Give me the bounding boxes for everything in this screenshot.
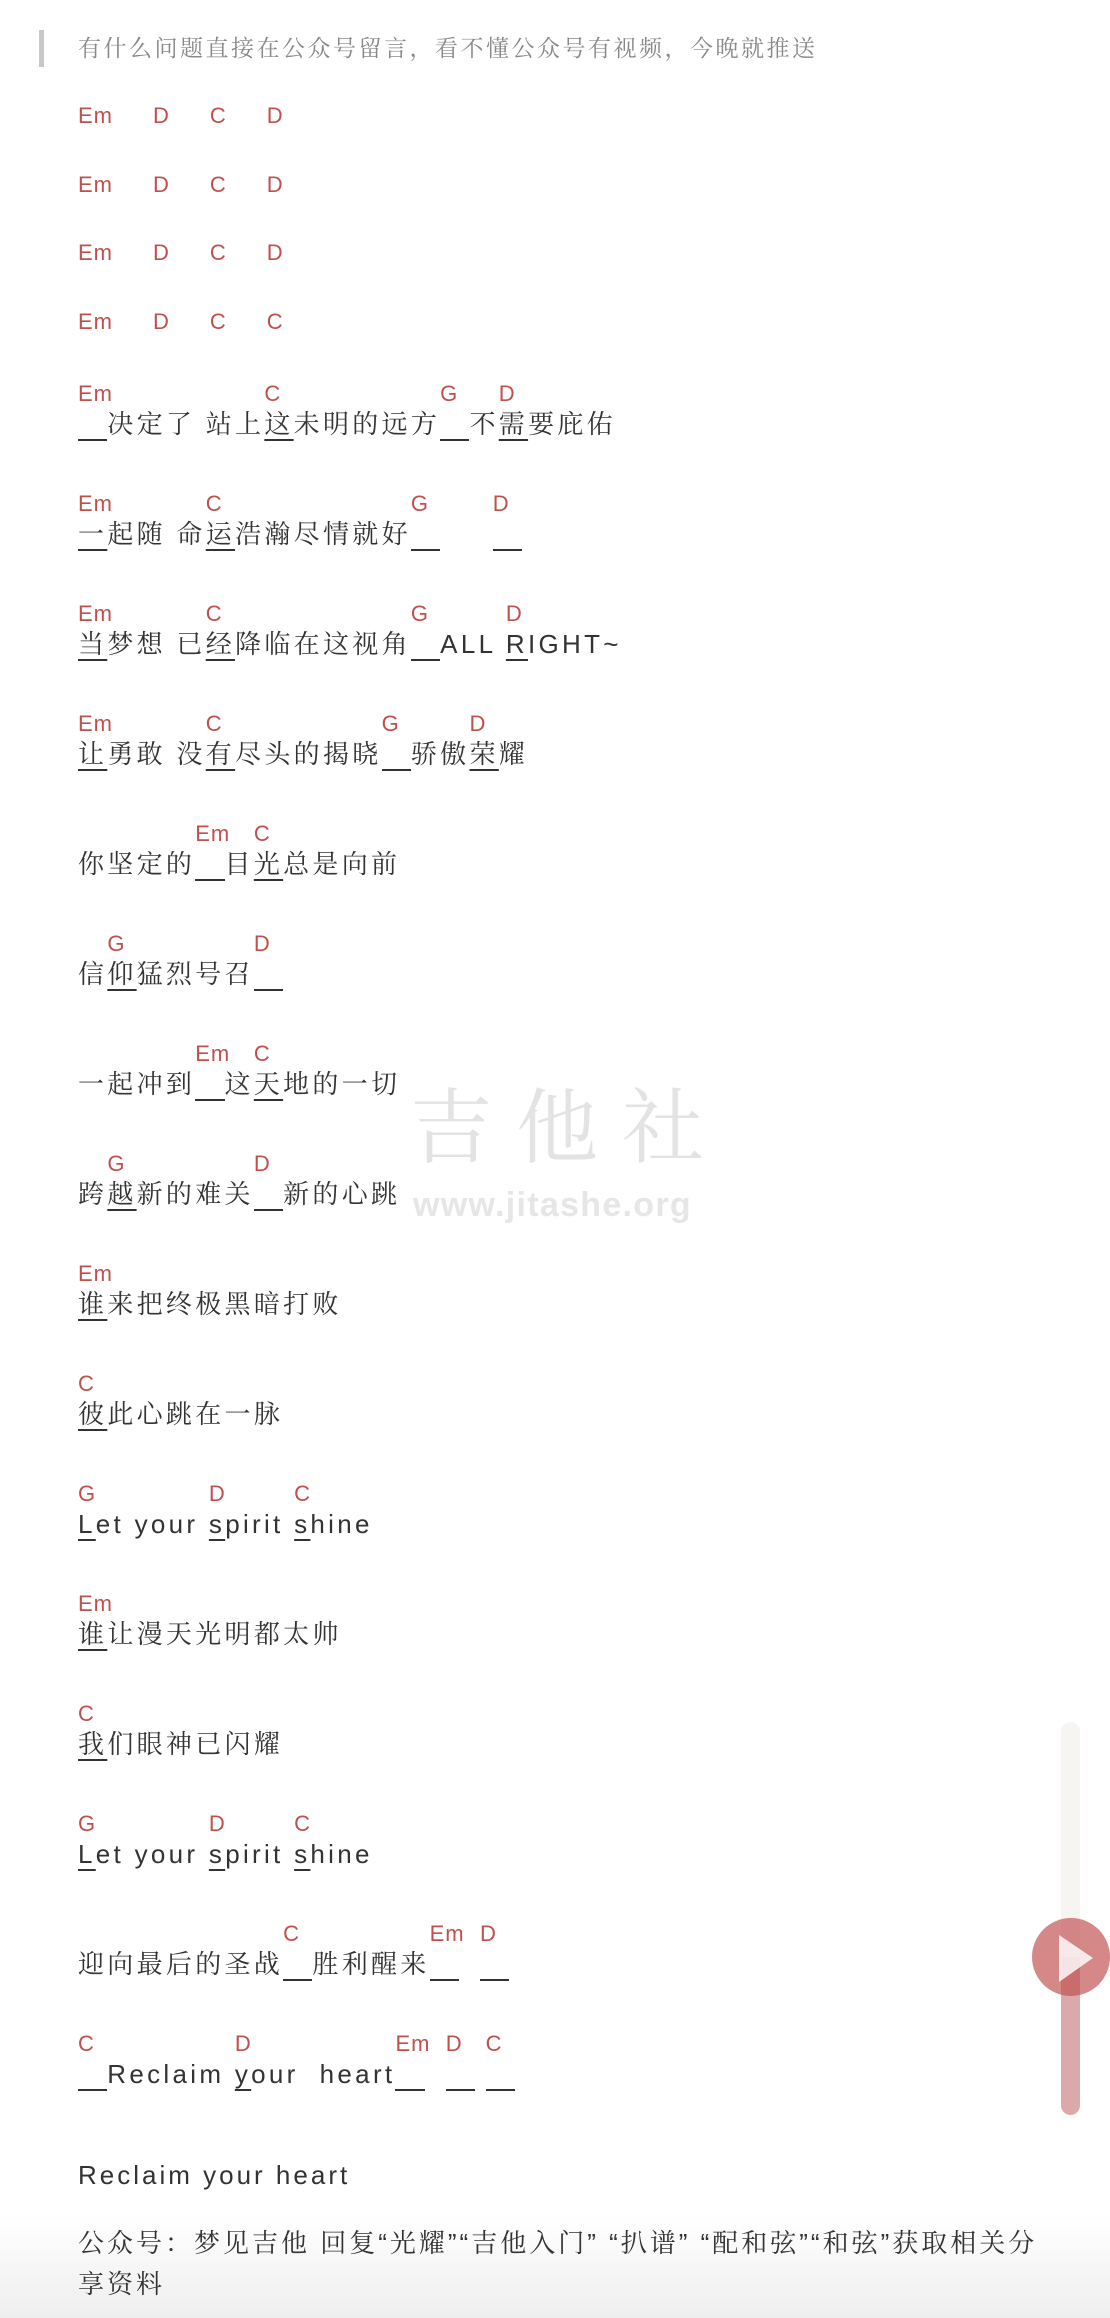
blank-placeholder: [430, 1961, 459, 1981]
chord-label: D: [254, 1149, 271, 1179]
lyric-text: 天: [254, 1069, 283, 1099]
lyric-line: Em谁来把终极黑暗打败: [78, 1259, 1110, 1319]
chord-label: D: [209, 1479, 226, 1509]
lyric-text: R: [506, 629, 528, 659]
lyric-text: 荣: [469, 739, 498, 769]
lyric-line: Em 决定了 站上C这未明的远方G 不D需要庇佑: [78, 379, 1110, 439]
watermark-site: www.jitashe.org: [413, 1183, 692, 1227]
chord-label: Em: [78, 379, 113, 409]
chord-label: C: [254, 1039, 271, 1069]
lyric-line: GLet your Dspirit Cshine: [78, 1809, 1110, 1869]
lyric-line: 迎向最后的圣战C 胜利醒来Em D: [78, 1919, 1110, 1979]
lyric-text: 有: [206, 739, 235, 769]
chord-segment: G: [382, 739, 411, 769]
chord-label: D: [506, 599, 523, 629]
lyric-text: 运: [206, 519, 235, 549]
lyric-segment: 不: [469, 409, 498, 439]
chord-label: D: [267, 170, 284, 200]
chord-segment: D需: [499, 409, 528, 439]
lyric-text: s: [209, 1509, 225, 1539]
lyric-segment: 起随 命: [107, 519, 205, 549]
lyric-text: s: [209, 1839, 225, 1869]
blank-placeholder: [395, 2071, 424, 2091]
lyric-segment: Reclaim: [107, 2059, 235, 2089]
lyric-text: 让: [78, 739, 107, 769]
chord-segment: Em: [195, 849, 224, 879]
chord-segment: C有: [206, 739, 235, 769]
lyric-segment: 来把终极黑暗打败: [107, 1289, 341, 1319]
lyric-text: ALL: [440, 629, 506, 659]
chord-label: C: [210, 307, 227, 337]
lyric-text: Reclaim: [107, 2059, 235, 2089]
lyric-text: 谁: [78, 1619, 107, 1649]
chord-label: C: [486, 2029, 503, 2059]
lyric-text: 决定了 站上: [107, 409, 264, 439]
chord-label: D: [254, 929, 271, 959]
lyric-text: 耀: [499, 739, 528, 769]
chord-label: Em: [395, 2029, 430, 2059]
lyric-segment: hine: [310, 1509, 372, 1539]
chord-segment: G: [411, 629, 440, 659]
lyric-text: 你坚定的: [78, 849, 195, 879]
lyric-text: 彼: [78, 1399, 107, 1429]
lyric-segment: [440, 519, 493, 549]
chord-label: G: [382, 709, 400, 739]
chord-label: Em: [78, 1259, 113, 1289]
lyric-text: 浩瀚尽情就好: [235, 519, 411, 549]
lyric-segment: hine: [310, 1839, 372, 1869]
blank-placeholder: [440, 421, 469, 441]
lyric-text: 骄傲: [411, 739, 470, 769]
lyric-segment: 们眼神已闪耀: [107, 1729, 283, 1759]
lyric-line: Em一起随 命C运浩瀚尽情就好G D: [78, 489, 1110, 549]
chord-label: G: [411, 599, 429, 629]
lyric-line: C我们眼神已闪耀: [78, 1699, 1110, 1759]
chord-segment: Em: [430, 1949, 459, 1979]
lyric-segment: 总是向前: [283, 849, 400, 879]
blank-placeholder: [446, 2071, 475, 2091]
lyric-segment: 尽头的揭晓: [235, 739, 382, 769]
chord-segment: G仰: [107, 959, 136, 989]
blank-placeholder: [254, 1191, 283, 1211]
lyric-text: 迎向最后的圣战: [78, 1949, 283, 1979]
lyric-text: 新的难关: [137, 1179, 254, 1209]
chord-segment: C经: [206, 629, 235, 659]
lyric-text: 总是向前: [283, 849, 400, 879]
lyric-text: 起随 命: [107, 519, 205, 549]
chord-label: Em: [78, 307, 113, 337]
chord-segment: Dy: [235, 2059, 251, 2089]
lyric-text: 未明的远方: [294, 409, 441, 439]
lyric-text: 信: [78, 959, 107, 989]
lyric-text: 需: [499, 409, 528, 439]
chord-label: G: [411, 489, 429, 519]
lyric-text: hine: [310, 1509, 372, 1539]
blank-placeholder: [411, 531, 440, 551]
lyric-text: [459, 1949, 480, 1979]
lyric-text: 一起冲到: [78, 1069, 195, 1099]
chord-label: Em: [78, 489, 113, 519]
blank-placeholder: [382, 751, 411, 771]
chord-label: G: [78, 1809, 96, 1839]
lyric-segment: 耀: [499, 739, 528, 769]
notice-quote: 有什么问题直接在公众号留言，看不懂公众号有视频，今晚就推送: [39, 30, 1110, 67]
lyric-text: 勇敢 没: [107, 739, 205, 769]
lyric-text: hine: [310, 1839, 372, 1869]
chord-label: C: [206, 709, 223, 739]
chord-label: D: [480, 1919, 497, 1949]
lyric-text: 目: [225, 849, 254, 879]
lyric-line: Em让勇敢 没C有尽头的揭晓G 骄傲D荣耀: [78, 709, 1110, 769]
lyric-text: 仰: [107, 959, 136, 989]
chord-label: C: [78, 1369, 95, 1399]
chord-segment: C彼: [78, 1399, 107, 1429]
blank-placeholder: [195, 861, 224, 881]
chord-label: G: [107, 929, 125, 959]
chord-label: Em: [78, 170, 113, 200]
lyric-segment: 降临在这视角: [235, 629, 411, 659]
chord-segment: D: [254, 1179, 283, 1209]
lyric-text: our heart: [251, 2059, 395, 2089]
blank-placeholder: [78, 2071, 107, 2091]
lyric-text: 光: [254, 849, 283, 879]
lyric-segment: pirit: [225, 1839, 294, 1869]
chord-segment: C: [283, 1949, 312, 1979]
chord-segment: C我: [78, 1729, 107, 1759]
lyric-segment: pirit: [225, 1509, 294, 1539]
chord-label: D: [493, 489, 510, 519]
lyric-text: 当: [78, 629, 107, 659]
lyric-text: s: [294, 1839, 310, 1869]
chord-label: C: [283, 1919, 300, 1949]
lyric-text: 地的一切: [283, 1069, 400, 1099]
chord-label: C: [264, 379, 281, 409]
lyric-segment: 一起冲到: [78, 1069, 195, 1099]
lyric-segment: 信: [78, 959, 107, 989]
chord-label: Em: [430, 1919, 465, 1949]
lyric-segment: 猛烈号召: [137, 959, 254, 989]
chord-label: C: [294, 1479, 311, 1509]
blank-placeholder: [78, 421, 107, 441]
chord-segment: D荣: [469, 739, 498, 769]
chord-label: C: [254, 819, 271, 849]
chord-segment: Cs: [294, 1839, 310, 1869]
lyric-segment: [459, 1949, 480, 1979]
lyric-text: IGHT~: [528, 629, 622, 659]
chord-label: C: [206, 489, 223, 519]
lyric-line: GLet your Dspirit Cshine: [78, 1479, 1110, 1539]
chord-segment: C光: [254, 849, 283, 879]
lyric-segment: 新的难关: [137, 1179, 254, 1209]
chord-segment: D: [493, 519, 522, 549]
lyric-segment: 梦想 已: [107, 629, 205, 659]
lyric-segment: 此心跳在一脉: [107, 1399, 283, 1429]
lyric-segment: 跨: [78, 1179, 107, 1209]
lyric-text: 梦想 已: [107, 629, 205, 659]
chord-segment: Em一: [78, 519, 107, 549]
lyric-text: y: [235, 2059, 251, 2089]
lyric-segment: [475, 2059, 486, 2089]
chord-label: D: [267, 238, 284, 268]
chord-segment: C: [78, 2059, 107, 2089]
lyric-segment: 你坚定的: [78, 849, 195, 879]
chord-segment: Em: [195, 1069, 224, 1099]
chord-label: D: [267, 101, 284, 131]
lyric-text: 不: [469, 409, 498, 439]
lyric-text: [440, 519, 493, 549]
chord-segment: C运: [206, 519, 235, 549]
lyric-segment: et your: [96, 1839, 209, 1869]
chord-label: Em: [78, 599, 113, 629]
lyric-line: 你坚定的Em 目C光总是向前: [78, 819, 1110, 879]
lyric-line: C Reclaim Dyour heartEm D C: [78, 2029, 1110, 2089]
chord-label: G: [107, 1149, 125, 1179]
chord-segment: D: [254, 959, 283, 989]
chord-segment: GL: [78, 1839, 96, 1869]
blank-placeholder: [411, 641, 440, 661]
lyric-text: L: [78, 1839, 96, 1869]
lyric-text: 经: [206, 629, 235, 659]
blank-placeholder: [480, 1961, 509, 1981]
lyric-segment: ALL: [440, 629, 506, 659]
lyric-segment: 新的心跳: [283, 1179, 400, 1209]
chord-label: C: [294, 1809, 311, 1839]
lyric-text: 谁: [78, 1289, 107, 1319]
chord-segment: Em谁: [78, 1289, 107, 1319]
chord-segment: Em让: [78, 739, 107, 769]
lyric-text: s: [294, 1509, 310, 1539]
lyric-text: 让漫天光明都太帅: [107, 1619, 341, 1649]
chord-segment: Em谁: [78, 1619, 107, 1649]
lyric-text: 新的心跳: [283, 1179, 400, 1209]
lyric-segment: 目: [225, 849, 254, 879]
chord-label: G: [78, 1479, 96, 1509]
lyric-segment: 胜利醒来: [312, 1949, 429, 1979]
blank-placeholder: [254, 971, 283, 991]
lyric-line: C彼此心跳在一脉: [78, 1369, 1110, 1429]
lyric-text: 这: [264, 409, 293, 439]
lyric-text: 一: [78, 519, 107, 549]
intro-chords: EmDCDEmDCDEmDCDEmDCC: [0, 101, 1110, 337]
blank-placeholder: [486, 2071, 515, 2091]
chord-label: C: [267, 307, 284, 337]
chord-label: D: [153, 307, 170, 337]
lyric-segment: 未明的远方: [294, 409, 441, 439]
chord-label: C: [210, 238, 227, 268]
chord-label: Em: [78, 709, 113, 739]
lyric-text: 们眼神已闪耀: [107, 1729, 283, 1759]
lyric-text: 要庇佑: [528, 409, 616, 439]
chord-row: EmDCD: [78, 101, 1110, 131]
chord-segment: Em: [78, 409, 107, 439]
chord-segment: C天: [254, 1069, 283, 1099]
chord-label: D: [235, 2029, 252, 2059]
lyrics: Em 决定了 站上C这未明的远方G 不D需要庇佑Em一起随 命C运浩瀚尽情就好G…: [0, 379, 1110, 2089]
lyric-segment: 让漫天光明都太帅: [107, 1619, 341, 1649]
lyric-text: et your: [96, 1839, 209, 1869]
chord-segment: Em: [395, 2059, 424, 2089]
lyric-segment: IGHT~: [528, 629, 622, 659]
lyric-text: 跨: [78, 1179, 107, 1209]
chord-label: D: [153, 238, 170, 268]
lyric-text: et your: [96, 1509, 209, 1539]
lyric-segment: 迎向最后的圣战: [78, 1949, 283, 1979]
chord-label: C: [210, 101, 227, 131]
chord-segment: G: [411, 519, 440, 549]
lyric-text: [425, 2059, 446, 2089]
lyric-text: pirit: [225, 1839, 294, 1869]
chord-segment: D: [446, 2059, 475, 2089]
chord-label: G: [440, 379, 458, 409]
blank-placeholder: [283, 1961, 312, 1981]
chord-segment: Em当: [78, 629, 107, 659]
play-icon[interactable]: [1032, 1918, 1110, 1996]
chord-segment: GL: [78, 1509, 96, 1539]
lyric-segment: 勇敢 没: [107, 739, 205, 769]
blank-placeholder: [195, 1081, 224, 1101]
lyric-segment: our heart: [251, 2059, 395, 2089]
chord-segment: D: [480, 1949, 509, 1979]
lyric-line: 信G仰猛烈号召D: [78, 929, 1110, 989]
chord-label: Em: [195, 1039, 230, 1069]
lyric-segment: 地的一切: [283, 1069, 400, 1099]
chord-row: EmDCD: [78, 170, 1110, 200]
chord-segment: G: [440, 409, 469, 439]
chord-label: C: [206, 599, 223, 629]
lyric-text: L: [78, 1509, 96, 1539]
chord-segment: C这: [264, 409, 293, 439]
lyric-text: pirit: [225, 1509, 294, 1539]
lyric-segment: 浩瀚尽情就好: [235, 519, 411, 549]
outro-lyric-line: Reclaim your heart: [78, 2155, 1110, 2196]
lyric-text: 此心跳在一脉: [107, 1399, 283, 1429]
lyric-text: 胜利醒来: [312, 1949, 429, 1979]
lyric-segment: [425, 2059, 446, 2089]
lyric-text: 猛烈号召: [137, 959, 254, 989]
chord-segment: C: [486, 2059, 515, 2089]
chord-label: Em: [195, 819, 230, 849]
chord-label: Em: [78, 238, 113, 268]
chord-label: Em: [78, 101, 113, 131]
chord-label: D: [153, 170, 170, 200]
chord-segment: Ds: [209, 1839, 225, 1869]
chord-label: C: [78, 2029, 95, 2059]
lyric-text: 我: [78, 1729, 107, 1759]
lyric-text: 越: [107, 1179, 136, 1209]
chord-segment: Ds: [209, 1509, 225, 1539]
chord-segment: Cs: [294, 1509, 310, 1539]
outro-note: 公众号：梦见吉他 回复“光耀”“吉他入门” “扒谱” “配和弦”“和弦”获取相关…: [78, 2223, 1053, 2305]
lyric-text: 这: [225, 1069, 254, 1099]
lyric-line: Em当梦想 已C经降临在这视角G ALL DRIGHT~: [78, 599, 1110, 659]
chord-label: D: [469, 709, 486, 739]
chord-label: D: [153, 101, 170, 131]
lyric-text: 来把终极黑暗打败: [107, 1289, 341, 1319]
lyric-text: 尽头的揭晓: [235, 739, 382, 769]
chord-segment: DR: [506, 629, 528, 659]
lyric-segment: 决定了 站上: [107, 409, 264, 439]
play-button[interactable]: [1032, 1918, 1110, 1996]
blank-placeholder: [493, 531, 522, 551]
lyric-segment: 骄傲: [411, 739, 470, 769]
lyric-segment: et your: [96, 1509, 209, 1539]
notice-text: 有什么问题直接在公众号留言，看不懂公众号有视频，今晚就推送: [78, 35, 818, 61]
chord-label: D: [446, 2029, 463, 2059]
lyric-segment: 要庇佑: [528, 409, 616, 439]
lyric-text: [475, 2059, 486, 2089]
chord-label: D: [209, 1809, 226, 1839]
chord-row: EmDCC: [78, 307, 1110, 337]
chord-label: D: [499, 379, 516, 409]
chord-label: Em: [78, 1589, 113, 1619]
lyric-line: Em谁让漫天光明都太帅: [78, 1589, 1110, 1649]
watermark-name: 吉他社: [410, 1079, 728, 1179]
lyric-segment: 这: [225, 1069, 254, 1099]
chord-label: C: [210, 170, 227, 200]
lyric-text: 降临在这视角: [235, 629, 411, 659]
outro: Reclaim your heart 公众号：梦见吉他 回复“光耀”“吉他入门”…: [0, 2155, 1110, 2305]
chord-label: C: [78, 1699, 95, 1729]
chord-segment: G越: [107, 1179, 136, 1209]
chord-row: EmDCD: [78, 238, 1110, 268]
